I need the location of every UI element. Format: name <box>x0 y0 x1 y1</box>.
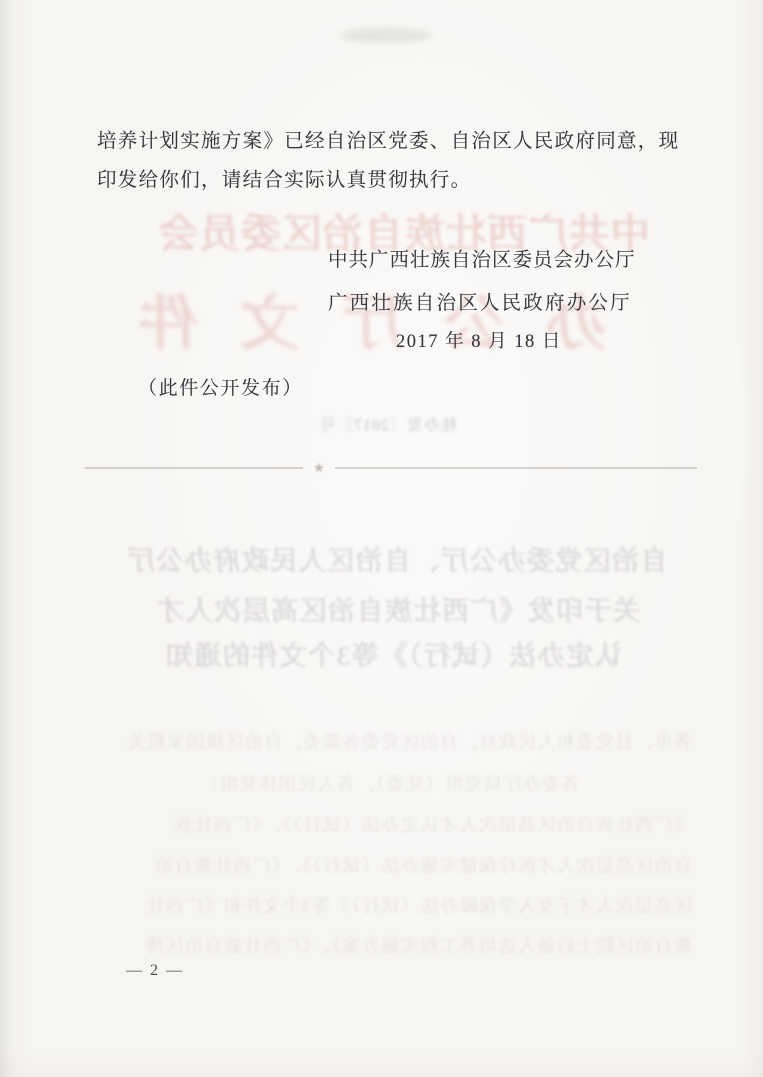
star-icon: ★ <box>313 462 325 475</box>
bleedthrough-title-line: 认定办法（试行）》等3个文件的通知 <box>158 643 628 670</box>
public-release-note: （此件公开发布） <box>138 373 303 400</box>
bleedthrough-body-line: 族自治区院士后备人选培养工程实施方案》、《广西壮族自治区博 <box>88 937 692 955</box>
separator-line: ★ <box>85 462 697 474</box>
paragraph-line: 印发给你们，请结合实际认真贯彻执行。 <box>97 171 675 191</box>
bleedthrough-title-line: 关于印发《广西壮族自治区高层次人才 <box>128 598 668 625</box>
separator-segment <box>335 467 697 469</box>
bleedthrough-body-line: 自治区高层次人才医疗保健实施办法（试行）》、《广西壮族自治 <box>88 857 692 875</box>
page-number: — 2 — <box>126 962 184 980</box>
bleedthrough-body-line: 各市、县党委和人民政府，自治区党委各部委，自治区级国家机关 <box>88 733 692 751</box>
issuer-party-office: 中共广西壮族自治区委员会办公厅 <box>328 244 630 272</box>
paragraph-line: 培养计划实施方案》已经自治区党委、自治区人民政府同意，现 <box>97 132 675 152</box>
issuer-government-office: 广西壮族自治区人民政府办公厅 <box>328 287 630 315</box>
bleedthrough-doc-number: 桂办发〔2017〕号 <box>283 418 493 434</box>
bleedthrough-body-line: 各委办厅局党组（党委），各人民团体党组： <box>250 775 580 793</box>
separator-segment <box>85 467 303 469</box>
bleedthrough-body-line: 区高层次人才子女入学保障办法（试行）》等3个文件和《广西壮 <box>88 897 692 915</box>
scan-smudge <box>340 28 432 43</box>
bleedthrough-body-line: 《广西壮族自治区高层次人才认定办法（试行）》、《广西壮族 <box>88 816 692 834</box>
scanned-document-page: 中共广西壮族自治区委员会 办公厅文件 桂办发〔2017〕号 自治区党委办公厅、自… <box>0 0 763 1077</box>
bleedthrough-title-line: 自治区党委办公厅、自治区人民政府办公厅 <box>103 548 691 575</box>
issue-date: 2017 年 8 月 18 日 <box>328 327 630 353</box>
